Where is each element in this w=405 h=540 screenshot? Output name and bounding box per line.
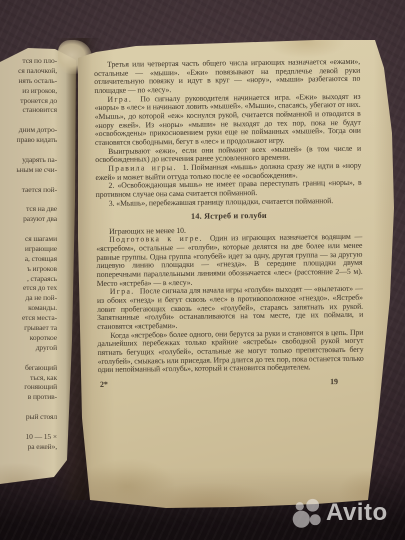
left-page-line: нять осталь- xyxy=(0,76,57,86)
paragraph: Третья или четвертая часть общего числа … xyxy=(94,58,360,96)
left-page-line: тся на две xyxy=(0,204,57,214)
paragraph: Подготовка к игре. Один из играющих назн… xyxy=(96,233,363,288)
paragraph-lead: Подготовка к игре. xyxy=(109,234,210,244)
paragraph-lead: Игра. xyxy=(110,287,140,296)
left-page-line: тронется до xyxy=(0,96,57,106)
left-page-line: команды. xyxy=(0,303,57,313)
left-page-line: разуют два xyxy=(0,214,57,224)
left-book-page: тся по пло-ся палочкой,нять осталь-из иг… xyxy=(0,40,80,488)
left-page-line: играющие xyxy=(0,244,57,254)
left-page-line: тается пой- xyxy=(0,185,57,195)
paragraph: Игра. После сигнала для начала игры «гол… xyxy=(97,285,364,332)
left-page-line: , стараясь xyxy=(0,274,57,284)
page-footer: 2* 19 xyxy=(100,378,338,390)
left-page-line: грывает та xyxy=(0,323,57,333)
left-page-line: другой xyxy=(0,343,57,353)
left-page-line xyxy=(0,115,57,125)
left-page-line: дним дотро- xyxy=(0,125,57,135)
right-book-page: Третья или четвертая часть общего числа … xyxy=(76,38,396,510)
paragraph: Когда «ястребов» более одного, они берут… xyxy=(97,328,364,375)
page-number: 19 xyxy=(330,378,338,387)
left-page-line: из игроков, xyxy=(0,86,57,96)
left-page-line xyxy=(0,175,57,185)
left-page-line: 10 — 15 × xyxy=(0,432,57,442)
avito-logo-icon xyxy=(292,498,323,529)
left-page-line xyxy=(0,422,57,432)
left-page-line xyxy=(0,402,57,412)
left-page-line: в против- xyxy=(0,392,57,402)
avito-wordmark: Avito xyxy=(326,499,388,527)
section-heading: 14. Ястреб и голуби xyxy=(96,211,362,223)
left-page-line: ется места- xyxy=(0,313,57,323)
left-page-line: ся палочкой, xyxy=(0,66,57,76)
signature-mark: 2* xyxy=(100,381,108,390)
left-page-line: становится xyxy=(0,105,57,115)
photo: тся по пло-ся палочкой,нять осталь-из иг… xyxy=(0,0,405,540)
left-page-line: ъ игроков xyxy=(0,264,57,274)
left-page-line xyxy=(0,224,57,234)
left-page-line: ется до тех xyxy=(0,283,57,293)
left-page-line: а, стоящая xyxy=(0,254,57,264)
left-page-line: рый стоял xyxy=(0,412,57,422)
left-page-line xyxy=(0,353,57,363)
paragraph-lead: Игра. xyxy=(107,94,140,103)
left-page-line: короткое xyxy=(0,333,57,343)
paragraph: 3. «Мышь», перебежавшая границу площадки… xyxy=(96,196,362,208)
avito-watermark: Avito xyxy=(292,495,388,531)
left-page-line: ра ежей», xyxy=(0,442,57,452)
right-page-text: Третья или четвертая часть общего числа … xyxy=(94,58,364,390)
left-page-line: право кидать xyxy=(0,135,57,145)
left-page-line: гоняющий xyxy=(0,382,57,392)
left-page-line xyxy=(0,194,57,204)
left-page-text: тся по пло-ся палочкой,нять осталь-из иг… xyxy=(0,56,80,452)
left-page-line: ться, как xyxy=(0,373,57,383)
left-page-line: ся шагами xyxy=(0,234,57,244)
left-page-line: ударять па- xyxy=(0,155,57,165)
left-page-line xyxy=(0,145,57,155)
left-page-line: да не пой- xyxy=(0,293,57,303)
left-page-line: бегающий xyxy=(0,363,57,373)
left-page-line: ьным не счи- xyxy=(0,165,57,175)
paragraph: Игра. По сигналу руководителя начинается… xyxy=(94,92,361,147)
paragraph-lead: Правила игры. xyxy=(108,163,183,173)
